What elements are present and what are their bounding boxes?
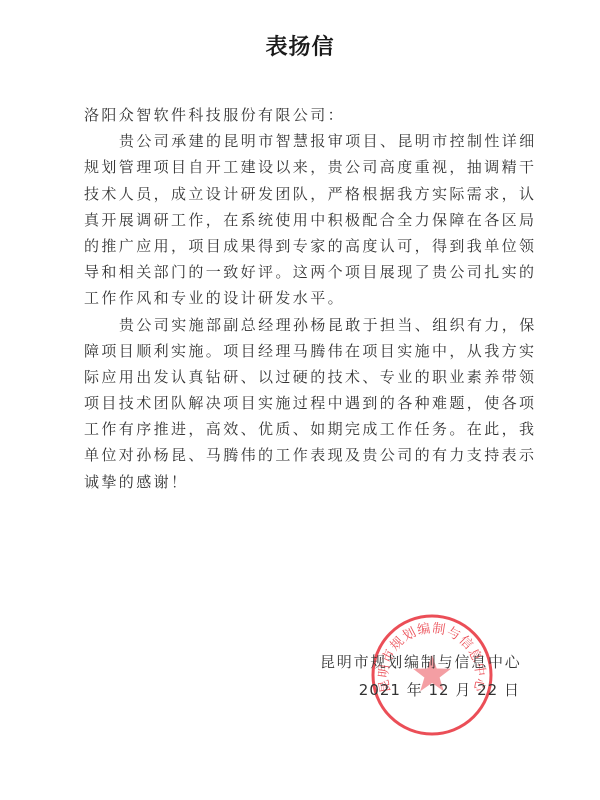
paragraph-line: 贵公司实施部副总经理孙杨昆敢于担当、组织有力，保 <box>84 312 524 338</box>
paragraph-2: 贵公司实施部副总经理孙杨昆敢于担当、组织有力，保 障项目顺利实施。项目经理马腾伟… <box>84 312 524 495</box>
paragraph-line: 单位对孙杨昆、马腾伟的工作表现及贵公司的有力支持表示 <box>84 442 524 468</box>
signature-organization: 昆明市规划编制与信息中心 <box>320 651 520 672</box>
paragraph-line: 的推广应用，项目成果得到专家的高度认可，得到我单位领 <box>84 233 524 259</box>
paragraph-line: 导和相关部门的一致好评。这两个项目展现了贵公司扎实的 <box>84 259 524 285</box>
paragraph-line: 工作作风和专业的设计研发水平。 <box>84 285 524 311</box>
paragraph-line: 规划管理项目自开工建设以来，贵公司高度重视，抽调精干 <box>84 154 524 180</box>
paragraph-line: 项目技术团队解决项目实施过程中遇到的各种难题，使各项 <box>84 390 524 416</box>
salutation: 洛阳众智软件科技服份有限公司： <box>84 102 524 128</box>
official-seal: 昆明市规划编制与信息中心 <box>370 613 494 737</box>
paragraph-line: 贵公司承建的昆明市智慧报审项目、昆明市控制性详细 <box>84 128 524 154</box>
signature-date: 2021 年 12 月 22 日 <box>320 679 520 700</box>
paragraph-line: 诚挚的感谢！ <box>84 469 524 495</box>
paragraph-line: 际应用出发认真钻研、以过硬的技术、专业的职业素养带领 <box>84 364 524 390</box>
paragraph-line: 技术人员，成立设计研发团队，严格根据我方实际需求，认 <box>84 181 524 207</box>
paragraph-line: 真开展调研工作，在系统使用中积极配合全力保障在各区局 <box>84 207 524 233</box>
paragraph-1: 贵公司承建的昆明市智慧报审项目、昆明市控制性详细 规划管理项目自开工建设以来，贵… <box>84 128 524 311</box>
letter-body: 洛阳众智软件科技服份有限公司： 贵公司承建的昆明市智慧报审项目、昆明市控制性详细… <box>84 102 524 495</box>
document-title: 表扬信 <box>0 30 600 61</box>
paragraph-line: 工作有序推进，高效、优质、如期完成工作任务。在此，我 <box>84 416 524 442</box>
paragraph-line: 障项目顺利实施。项目经理马腾伟在项目实施中，从我方实 <box>84 338 524 364</box>
